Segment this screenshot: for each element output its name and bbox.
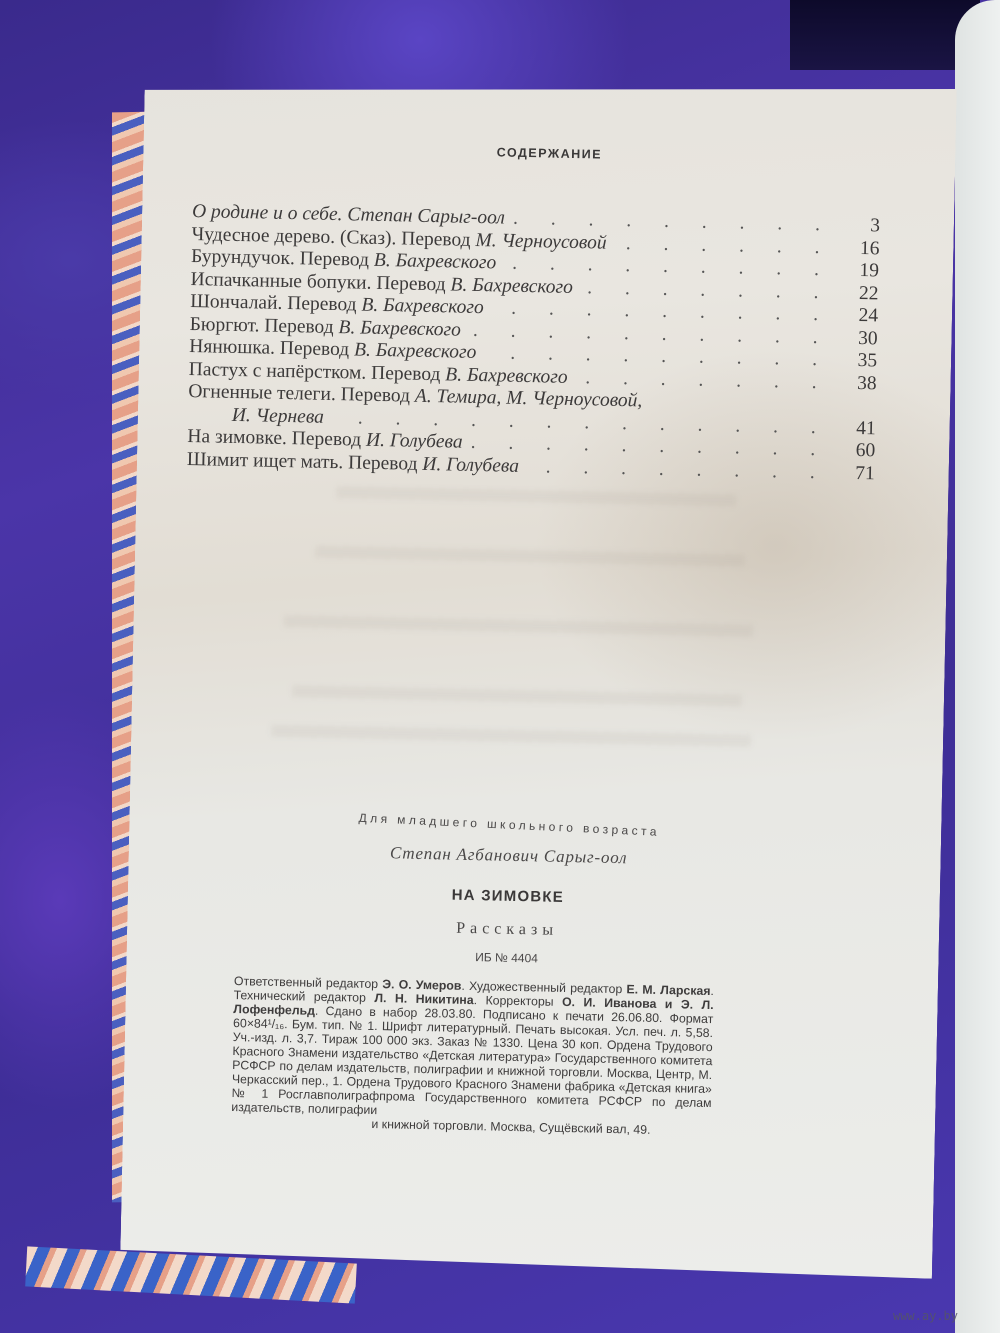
toc-page-number: 16 xyxy=(839,237,879,260)
genre-label: Рассказы xyxy=(227,915,787,945)
toc-page-number: 41 xyxy=(835,417,875,440)
toc-page-number: 30 xyxy=(837,327,877,350)
toc-heading: СОДЕРЖАНИЕ xyxy=(143,138,955,169)
toc-page-number: 3 xyxy=(840,215,880,238)
toc-page-number: 71 xyxy=(835,462,875,485)
toc-page-number: 19 xyxy=(839,260,879,283)
toc-page-number: 24 xyxy=(838,305,878,328)
book-title: НА ЗИМОВКЕ xyxy=(228,882,788,911)
toc-page-number: 60 xyxy=(835,440,875,463)
author-name: Степан Агбанович Сарыг-оол xyxy=(229,840,789,872)
toc-page-number: 38 xyxy=(836,372,876,395)
table-of-contents: О родине и о себе. Степан Сарыг-оол . . … xyxy=(187,201,881,485)
ib-number: ИБ № 4404 xyxy=(226,945,786,971)
toc-page-number: 35 xyxy=(837,350,877,373)
background-shadow xyxy=(790,0,980,70)
site-watermark: www.ay.by xyxy=(893,1309,958,1323)
age-group-label: Для младшего школьного возраста xyxy=(229,805,789,845)
book-page: СОДЕРЖАНИЕ О родине и о себе. Степан Сар… xyxy=(120,72,957,1279)
page-content: СОДЕРЖАНИЕ О родине и о себе. Степан Сар… xyxy=(120,72,957,1279)
imprint-credits: Ответственный редактор Э. О. Умеров. Худ… xyxy=(231,974,714,1124)
leader-dots xyxy=(648,407,830,411)
book-colophon: Для младшего школьного возраста Степан А… xyxy=(226,812,789,971)
opposite-page-edge xyxy=(955,0,1000,1333)
publication-imprint: Ответственный редактор Э. О. Умеров. Худ… xyxy=(231,974,714,1138)
toc-entry-title: И. Чернева xyxy=(232,404,325,428)
toc-page-number: 22 xyxy=(838,282,878,305)
